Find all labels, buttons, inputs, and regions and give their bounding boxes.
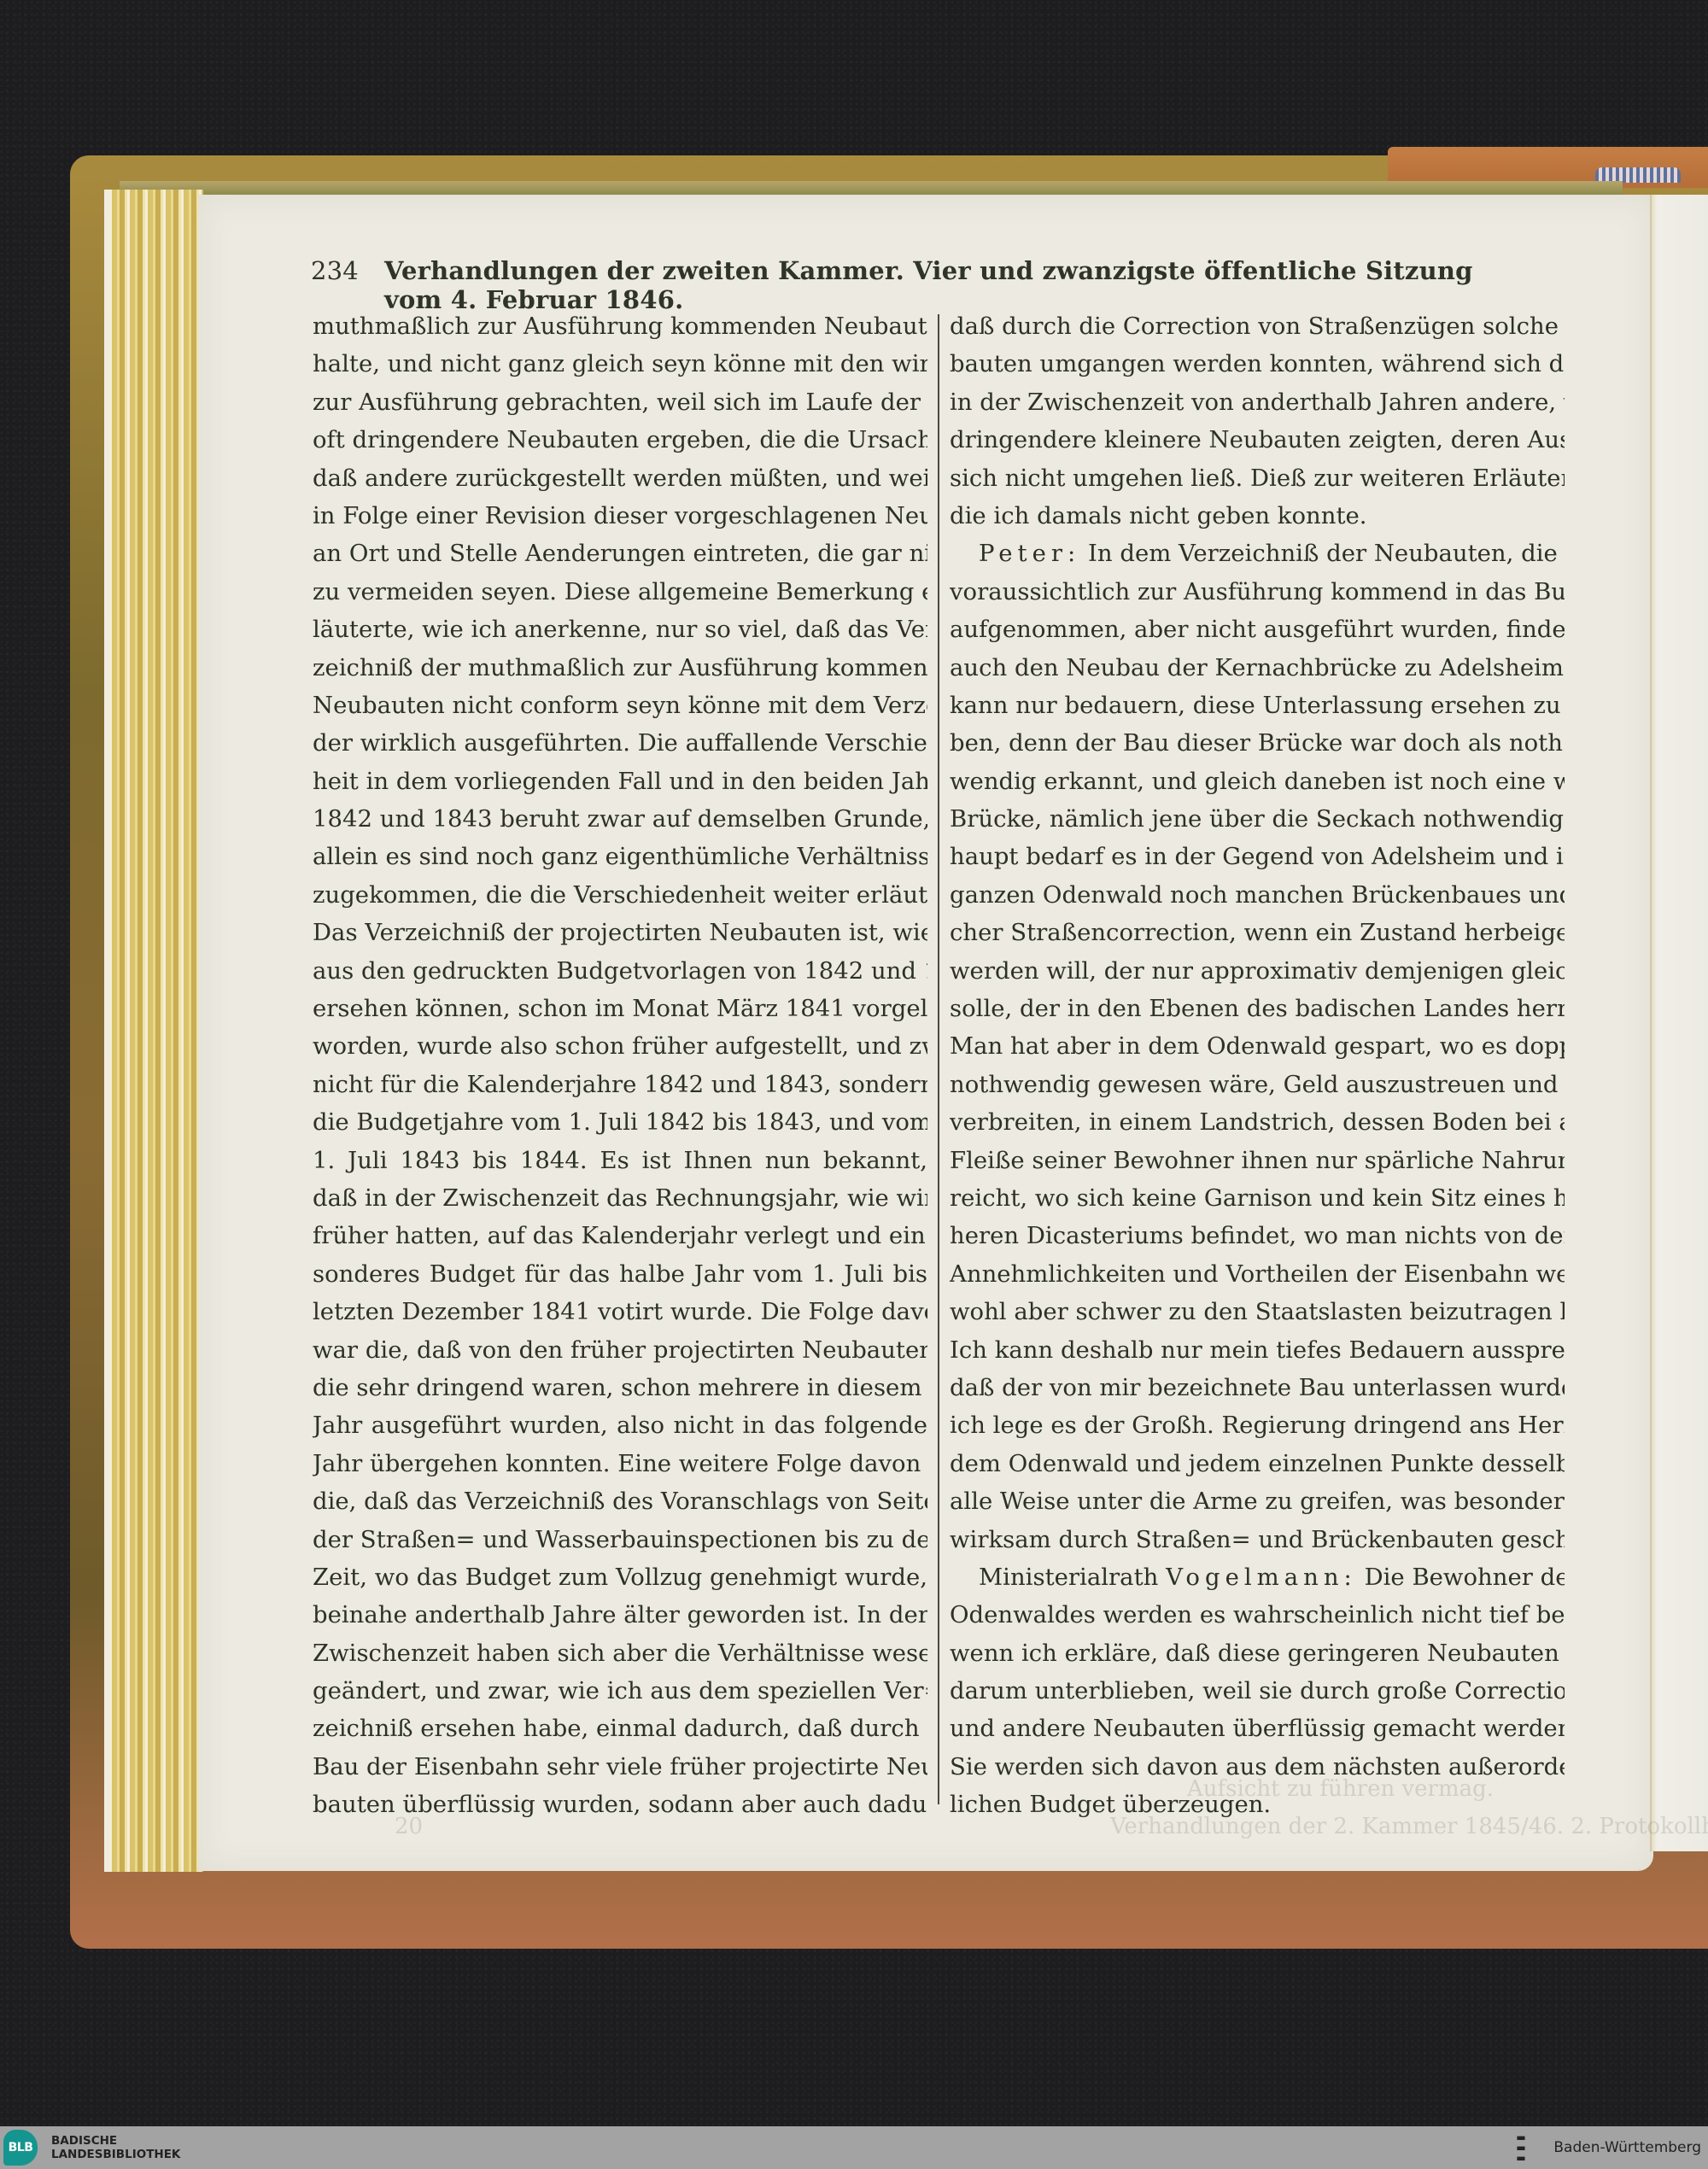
text-line: kann nur bedauern, diese Unterlassung er… — [950, 687, 1565, 724]
text-line: voraussichtlich zur Ausführung kommend i… — [950, 573, 1565, 611]
text-line: und andere Neubauten überflüssig gemacht… — [950, 1710, 1565, 1747]
speech-peter-start: Peter: In dem Verzeichniß der Neubauten,… — [950, 535, 1565, 572]
text-line: in der Zwischenzeit von anderthalb Jahre… — [950, 383, 1565, 421]
text-line: allein es sind noch ganz eigenthümliche … — [313, 838, 927, 875]
text-line: Das Verzeichniß der projectirten Neubaut… — [313, 914, 927, 951]
text-line: die sehr dringend waren, schon mehrere i… — [313, 1369, 927, 1406]
text-line: alle Weise unter die Arme zu greifen, wa… — [950, 1482, 1565, 1520]
text-line: Brücke, nämlich jene über die Seckach no… — [950, 800, 1565, 838]
text-line: zur Ausführung gebrachten, weil sich im … — [313, 383, 927, 421]
text-line: der wirklich ausgeführten. Die auffallen… — [313, 724, 927, 762]
text-line: läuterte, wie ich anerkenne, nur so viel… — [313, 611, 927, 648]
text-line: Bau der Eisenbahn sehr viele früher proj… — [313, 1748, 927, 1786]
text-line: die Budgetjahre vom 1. Juli 1842 bis 184… — [313, 1103, 927, 1141]
text-line: ich lege es der Großh. Regierung dringen… — [950, 1406, 1565, 1444]
page-block-edges — [104, 190, 203, 1872]
text-column-left: muthmaßlich zur Ausführung kommenden Neu… — [313, 307, 927, 1824]
text-line: beinahe anderthalb Jahre älter geworden … — [313, 1596, 927, 1634]
speech-text: In dem Verzeichniß der Neubauten, die al… — [1088, 540, 1565, 567]
text-line: war die, daß von den früher projectirten… — [313, 1331, 927, 1369]
running-head-title: Verhandlungen der zweiten Kammer. Vier u… — [384, 256, 1498, 314]
text-line: cher Straßencorrection, wenn ein Zustand… — [950, 914, 1565, 951]
book-top-edge — [120, 181, 1623, 195]
text-line: Fleiße seiner Bewohner ihnen nur spärlic… — [950, 1142, 1565, 1179]
viewer-footer-bar: BLB BADISCHE LANDESBIBLIOTHEK ▬▬▬ Baden-… — [0, 2126, 1708, 2169]
speech-vogelmann-start: Ministerialrath Vogelmann: Die Bewohner … — [950, 1558, 1565, 1596]
text-line: Ich kann deshalb nur mein tiefes Bedauer… — [950, 1331, 1565, 1369]
text-line: daß durch die Correction von Straßenzüge… — [950, 307, 1565, 345]
text-line: in Folge einer Revision dieser vorgeschl… — [313, 497, 927, 535]
speaker-title: Ministerialrath — [979, 1564, 1158, 1591]
text-line: sonderes Budget für das halbe Jahr vom 1… — [313, 1255, 927, 1293]
blb-name-line2: LANDESBIBLIOTHEK — [51, 2148, 180, 2161]
text-line: Man hat aber in dem Odenwald gespart, wo… — [950, 1027, 1565, 1065]
text-line: zeichniß der muthmaßlich zur Ausführung … — [313, 649, 927, 687]
text-column-right: daß durch die Correction von Straßenzüge… — [950, 307, 1565, 1824]
text-line: bauten umgangen werden konnten, während … — [950, 345, 1565, 383]
text-line: halte, und nicht ganz gleich seyn könne … — [313, 345, 927, 383]
speech-text: Die Bewohner des — [1365, 1564, 1565, 1591]
column-divider — [938, 314, 939, 1804]
text-line: nothwendig gewesen wäre, Geld auszustreu… — [950, 1066, 1565, 1103]
text-line: geändert, und zwar, wie ich aus dem spez… — [313, 1672, 927, 1710]
text-line: dem Odenwald und jedem einzelnen Punkte … — [950, 1445, 1565, 1482]
text-line: zugekommen, die die Verschiedenheit weit… — [313, 876, 927, 914]
text-line: früher hatten, auf das Kalenderjahr verl… — [313, 1217, 927, 1254]
text-line: aus den gedruckten Budgetvorlagen von 18… — [313, 952, 927, 990]
text-line: Zwischenzeit haben sich aber die Verhält… — [313, 1634, 927, 1672]
text-line: an Ort und Stelle Aenderungen eintreten,… — [313, 535, 927, 572]
text-line: Jahr ausgeführt wurden, also nicht in da… — [313, 1406, 927, 1444]
text-line: 1. Juli 1843 bis 1844. Es ist Ihnen nun … — [313, 1142, 927, 1179]
text-line: daß der von mir bezeichnete Bau unterlas… — [950, 1369, 1565, 1406]
speaker-name-peter: Peter: — [979, 540, 1080, 567]
text-line: worden, wurde also schon früher aufgeste… — [313, 1027, 927, 1065]
text-line: lichen Budget überzeugen. — [950, 1786, 1565, 1823]
text-line: zu vermeiden seyen. Diese allgemeine Bem… — [313, 573, 927, 611]
text-line: reicht, wo sich keine Garnison und kein … — [950, 1179, 1565, 1217]
text-line: Annehmlichkeiten und Vortheilen der Eise… — [950, 1255, 1565, 1293]
text-line: ersehen können, schon im Monat März 1841… — [313, 990, 927, 1027]
text-line: Sie werden sich davon aus dem nächsten a… — [950, 1748, 1565, 1786]
text-line: wirksam durch Straßen= und Brückenbauten… — [950, 1521, 1565, 1558]
text-line: daß andere zurückgestellt werden müßten,… — [313, 459, 927, 497]
text-line: darum unterblieben, weil sie durch große… — [950, 1672, 1565, 1710]
text-line: heit in dem vorliegenden Fall und in den… — [313, 763, 927, 800]
text-line: letzten Dezember 1841 votirt wurde. Die … — [313, 1293, 927, 1330]
baden-wuerttemberg-logo[interactable]: ▬▬▬ Baden-Württemberg — [1516, 2133, 1701, 2163]
text-line: ben, denn der Bau dieser Brücke war doch… — [950, 724, 1565, 762]
text-line: sich nicht umgehen ließ. Dieß zur weiter… — [950, 459, 1565, 497]
text-line: verbreiten, in einem Landstrich, dessen … — [950, 1103, 1565, 1141]
text-line: Zeit, wo das Budget zum Vollzug genehmig… — [313, 1558, 927, 1596]
text-line: heren Dicasteriums befindet, wo man nich… — [950, 1217, 1565, 1254]
text-line: haupt bedarf es in der Gegend von Adelsh… — [950, 838, 1565, 875]
text-line: ganzen Odenwald noch manchen Brückenbaue… — [950, 876, 1565, 914]
text-line: aufgenommen, aber nicht ausgeführt wurde… — [950, 611, 1565, 648]
running-head: 234 Verhandlungen der zweiten Kammer. Vi… — [311, 256, 1498, 314]
facing-page-edge — [1650, 195, 1708, 1851]
text-line: der Straßen= und Wasserbauinspectionen b… — [313, 1521, 927, 1558]
text-line: oft dringendere Neubauten ergeben, die d… — [313, 421, 927, 459]
text-line: daß in der Zwischenzeit das Rechnungsjah… — [313, 1179, 927, 1217]
text-line: wohl aber schwer zu den Staatslasten bei… — [950, 1293, 1565, 1330]
text-line: wendig erkannt, und gleich daneben ist n… — [950, 763, 1565, 800]
text-line: bauten überflüssig wurden, sodann aber a… — [313, 1786, 927, 1823]
text-line: die, daß das Verzeichniß des Voranschlag… — [313, 1482, 927, 1520]
baden-wuerttemberg-name: Baden-Württemberg — [1553, 2139, 1701, 2156]
text-line: muthmaßlich zur Ausführung kommenden Neu… — [313, 307, 927, 345]
blb-name-line1: BADISCHE — [51, 2134, 180, 2148]
text-line: dringendere kleinere Neubauten zeigten, … — [950, 421, 1565, 459]
text-line: auch den Neubau der Kernachbrücke zu Ade… — [950, 649, 1565, 687]
speaker-name-vogelmann: Vogelmann: — [1166, 1564, 1357, 1591]
blb-logo[interactable]: BLB BADISCHE LANDESBIBLIOTHEK — [3, 2130, 180, 2166]
text-line: zeichniß ersehen habe, einmal dadurch, d… — [313, 1710, 927, 1747]
text-line: Odenwaldes werden es wahrscheinlich nich… — [950, 1596, 1565, 1634]
text-line: werden will, der nur approximativ demjen… — [950, 952, 1565, 990]
text-line: die ich damals nicht geben konnte. — [950, 497, 1565, 535]
text-line: wenn ich erkläre, daß diese geringeren N… — [950, 1634, 1565, 1672]
text-line: solle, der in den Ebenen des badischen L… — [950, 990, 1565, 1027]
blb-badge-icon: BLB — [3, 2130, 38, 2166]
page-number: 234 — [311, 256, 359, 285]
text-line: 1842 und 1843 beruht zwar auf demselben … — [313, 800, 927, 838]
text-line: Neubauten nicht conform seyn könne mit d… — [313, 687, 927, 724]
text-line: nicht für die Kalenderjahre 1842 und 184… — [313, 1066, 927, 1103]
three-lions-icon: ▬▬▬ — [1516, 2133, 1541, 2163]
blb-name: BADISCHE LANDESBIBLIOTHEK — [51, 2134, 180, 2161]
text-line: Jahr übergehen konnten. Eine weitere Fol… — [313, 1445, 927, 1482]
